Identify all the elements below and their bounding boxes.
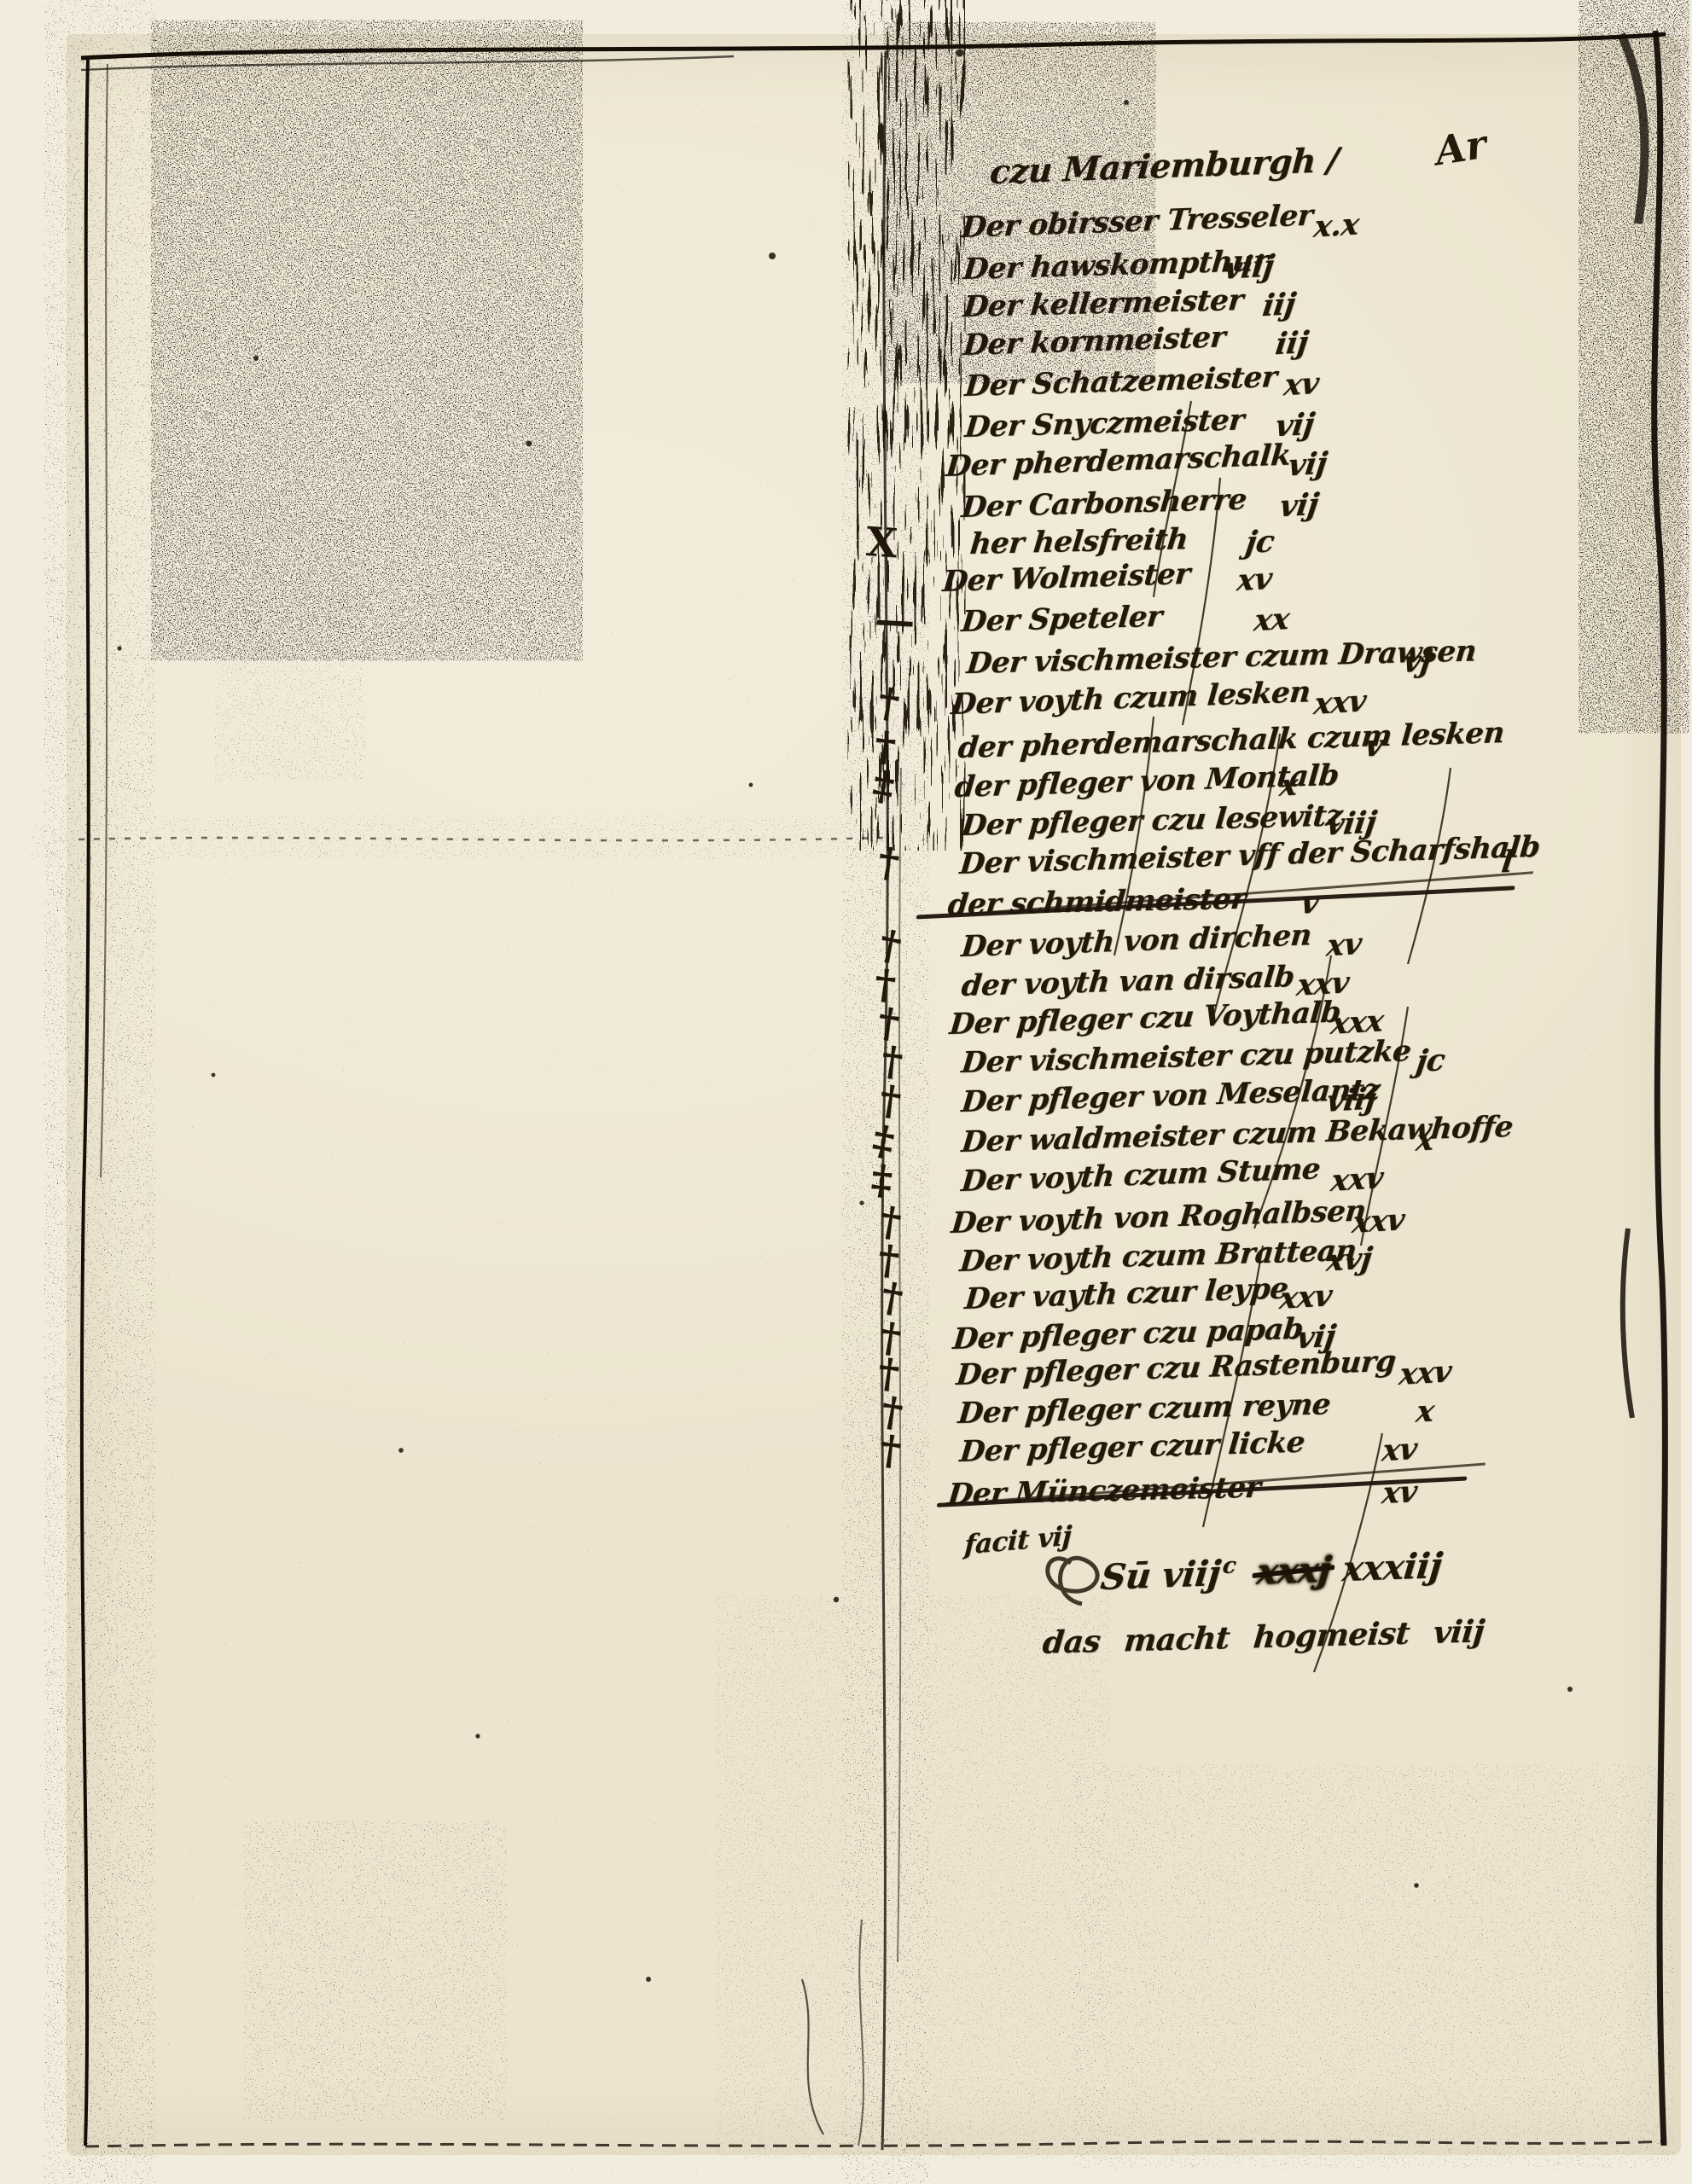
summa-line: Sū viijcxxxjxxxiij	[1099, 1545, 1445, 1598]
ledger-line: Der obirsser Tresselerx.x	[934, 211, 1651, 250]
ledger-line: Der pherdemarschalkvij	[934, 450, 1651, 489]
ledger-line: Der Schatzemeisterxv	[934, 369, 1651, 409]
entry-label: Der Münczemeister	[946, 1471, 1262, 1512]
ledger-line: Der kornmeisteriij	[934, 328, 1651, 368]
ledger-line: Der Carbonsherrevij	[934, 491, 1651, 530]
entry-label: her helsfreith	[968, 522, 1189, 561]
ledger-line: Der Wolmeisterxv	[934, 565, 1651, 604]
entry-value: xxv	[1329, 1160, 1385, 1199]
entry-value: jc	[1243, 524, 1276, 561]
entry-value: x	[1414, 1393, 1436, 1429]
entry-label: Der kellermeister	[962, 283, 1245, 324]
summa-superscript: c	[1221, 1553, 1237, 1579]
facit-note: facit vij	[963, 1520, 1072, 1560]
entry-label: Der obirsser Tresseler	[960, 198, 1314, 245]
entry-value: xxv	[1311, 683, 1368, 722]
entry-value: iij	[1260, 287, 1298, 323]
entry-value: vij	[1286, 445, 1329, 483]
entry-value: xxv	[1397, 1354, 1453, 1392]
summa-struck-value: xxxj	[1255, 1548, 1333, 1592]
entry-label: Der Carbonsherre	[960, 483, 1248, 525]
ledger-line: Der Snyczmeistervij	[934, 410, 1651, 450]
entry-label: Der Snyczmeister	[963, 403, 1246, 444]
entry-value: xvj	[1324, 1240, 1374, 1278]
ledger-line: †Der vischmeister vff der Scharfshalbl	[934, 847, 1651, 886]
entry-value: xv	[1282, 366, 1321, 404]
entry-value: xv	[1380, 1474, 1419, 1511]
ledger-line: †Der voyth czum Bratteanxvj	[934, 1245, 1651, 1284]
entry-value: xv	[1380, 1431, 1419, 1468]
margin-mark: †	[877, 1426, 904, 1475]
margin-mark: †	[875, 679, 902, 729]
folio-mark: Ar	[1432, 121, 1490, 175]
entry-value: x.x	[1311, 206, 1361, 245]
summa-prefix: Sū viij	[1099, 1553, 1223, 1598]
entry-value: xx	[1252, 601, 1291, 639]
entry-value: xxv	[1350, 1202, 1406, 1240]
entry-label: Der Wolmeister	[941, 557, 1191, 599]
margin-mark: †	[875, 838, 902, 887]
entry-value: x	[1414, 1122, 1436, 1159]
entry-value: xv	[1324, 926, 1363, 963]
margin-mark: X	[864, 519, 898, 567]
margin-mark: —	[874, 596, 916, 645]
entry-value: viij	[1222, 248, 1276, 287]
ledger-line: Der kellermeisteriij	[934, 290, 1651, 329]
entry-value: vij	[1277, 487, 1320, 525]
entry-value: jc	[1414, 1043, 1447, 1079]
entry-label: der schmidmeister	[946, 882, 1247, 922]
manuscript-scan: czu Mariemburgh / Ar Der obirsser Tresse…	[0, 0, 1692, 2184]
entry-label: Der Speteler	[960, 600, 1163, 639]
result-line: das macht hogmeist viij	[1041, 1613, 1486, 1661]
ledger-line: †Der pfleger czur lickexv	[934, 1435, 1651, 1474]
entry-value: x	[1277, 768, 1300, 804]
entry-value: xxv	[1277, 1278, 1334, 1316]
ledger-line: Der Münczemeisterxv	[934, 1478, 1651, 1517]
page-title: czu Mariemburgh /	[989, 141, 1340, 192]
entry-value: iij	[1273, 324, 1310, 362]
summa-total: xxxiij	[1340, 1545, 1444, 1589]
entry-value: vj	[1401, 643, 1433, 680]
entry-value: xv	[1235, 561, 1274, 599]
ledger-line: Der hawskompthurviij	[934, 253, 1651, 292]
handwriting-layer: czu Mariemburgh / Ar Der obirsser Tresse…	[0, 0, 1692, 2184]
ledger-line: Xher helsfreithjc	[934, 527, 1651, 566]
